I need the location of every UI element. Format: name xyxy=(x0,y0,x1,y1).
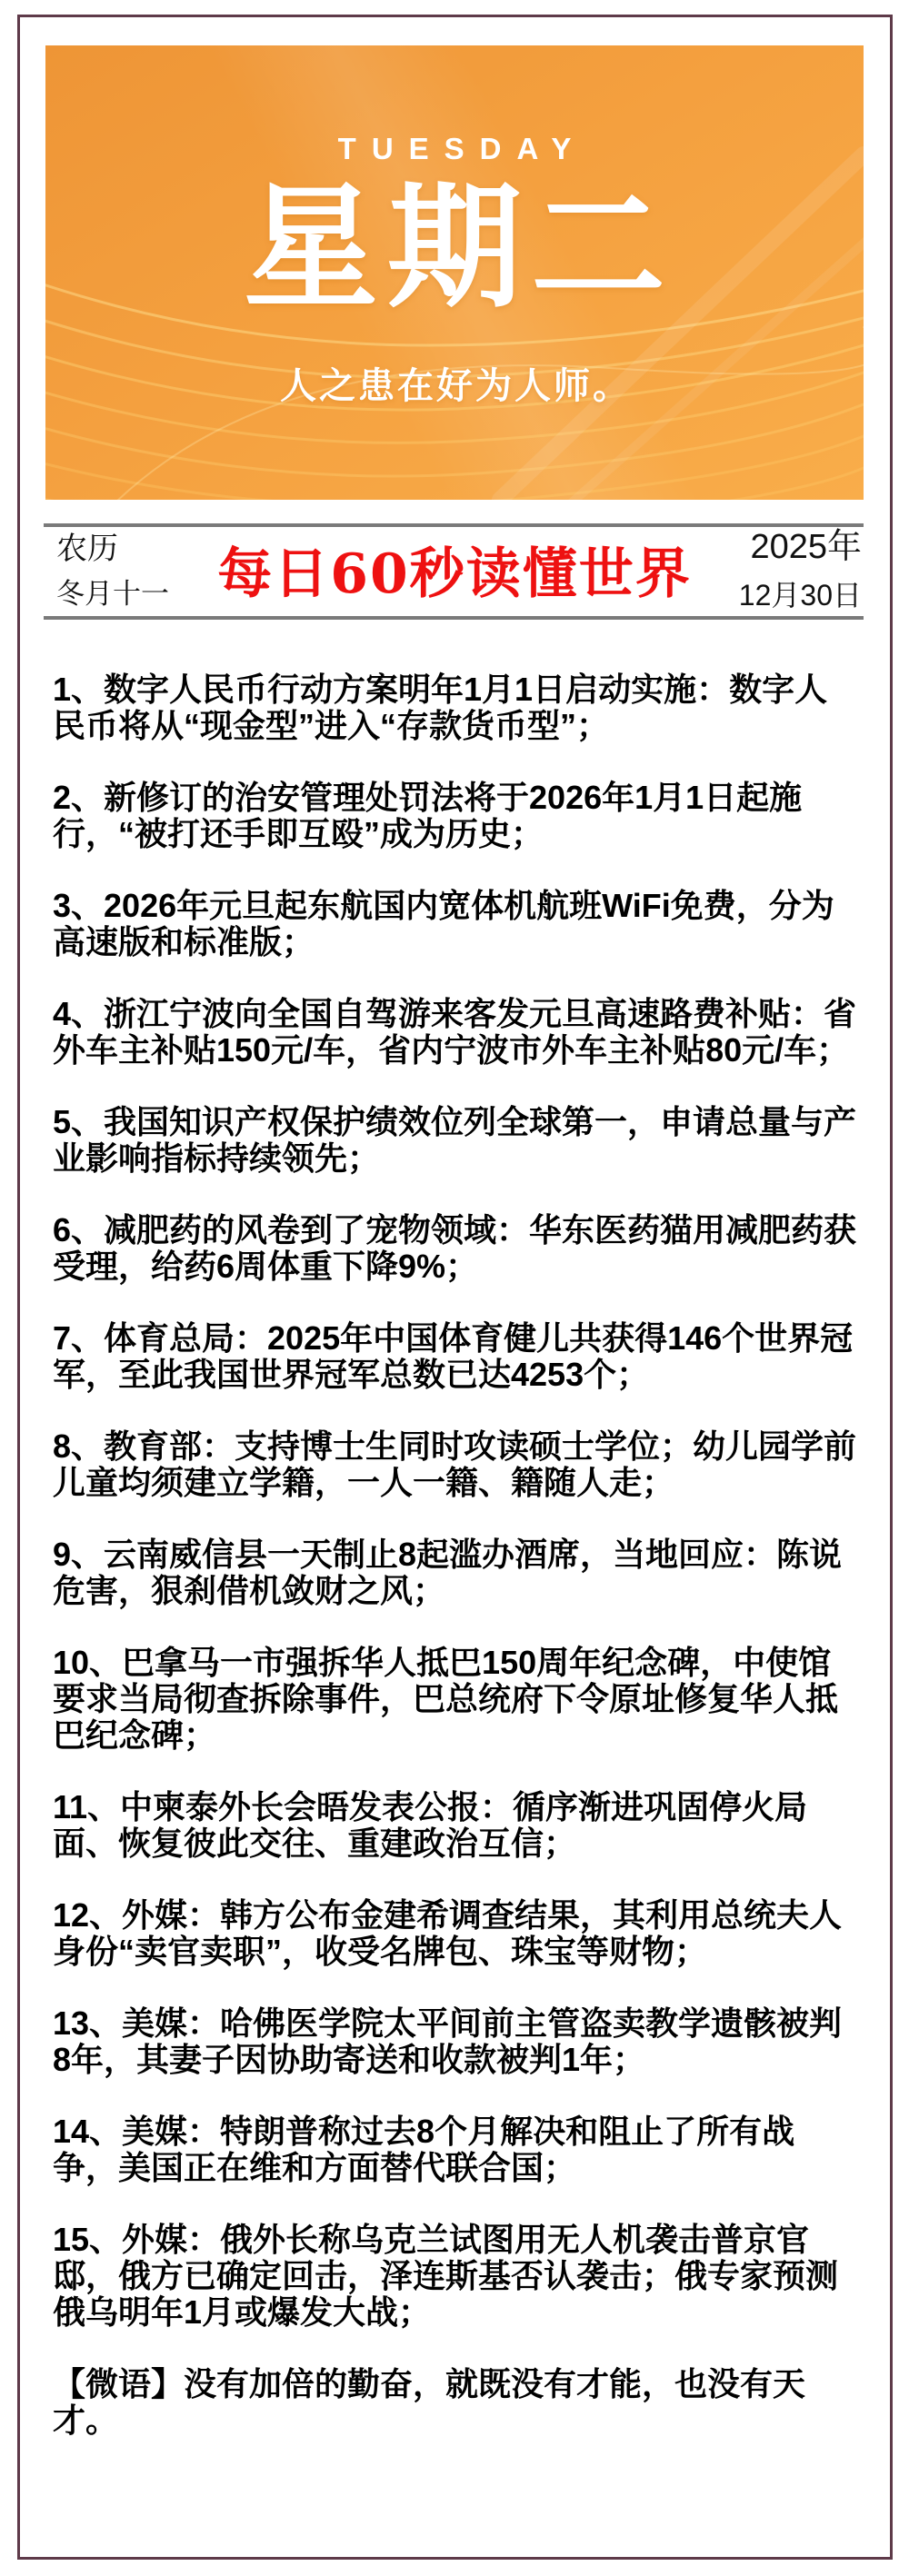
divider-top xyxy=(44,523,864,527)
news-item-13: 13、美媒：哈佛医学院太平间前主管盗卖教学遗骸被判8年，其妻子因协助寄送和收款被… xyxy=(53,2005,860,2078)
news-list: 1、数字人民币行动方案明年1月1日启动实施：数字人民币将从“现金型”进入“存款货… xyxy=(53,671,860,2439)
year-label: 2025年 xyxy=(750,527,862,567)
news-item-12: 12、外媒：韩方公布金建希调查结果，其利用总统夫人身份“卖官卖职”，收受名牌包、… xyxy=(53,1897,860,1970)
date-label: 12月30日 xyxy=(739,578,862,612)
news-item-6: 6、减肥药的风卷到了宠物领域：华东医药猫用减肥药获受理，给药6周体重下降9%； xyxy=(53,1212,860,1285)
weekday-banner: TUESDAY 星期二 人之患在好为人师。 xyxy=(45,45,864,500)
lunar-date: 冬月十一 xyxy=(56,578,169,611)
news-item-10: 10、巴拿马一市强拆华人抵巴150周年纪念碑，中使馆要求当局彻查拆除事件，巴总统… xyxy=(53,1645,860,1754)
news-item-5: 5、我国知识产权保护绩效位列全球第一，申请总量与产业影响指标持续领先； xyxy=(53,1104,860,1177)
news-item-7: 7、体育总局：2025年中国体育健儿共获得146个世界冠军，至此我国世界冠军总数… xyxy=(53,1320,860,1393)
page-title: 每日60秒读懂世界 xyxy=(217,543,692,605)
divider-bottom xyxy=(44,616,864,620)
news-item-3: 3、2026年元旦起东航国内宽体机航班WiFi免费，分为高速版和标准版； xyxy=(53,888,860,960)
banner-quote: 人之患在好为人师。 xyxy=(45,365,864,407)
lunar-calendar-label: 农历 xyxy=(56,531,118,567)
news-item-4: 4、浙江宁波向全国自驾游来客发元旦高速路费补贴：省外车主补贴150元/车，省内宁… xyxy=(53,996,860,1069)
news-item-1: 1、数字人民币行动方案明年1月1日启动实施：数字人民币将从“现金型”进入“存款货… xyxy=(53,671,860,744)
news-item-11: 11、中柬泰外长会晤发表公报：循序渐进巩固停火局面、恢复彼此交往、重建政治互信； xyxy=(53,1789,860,1862)
news-item-8: 8、教育部：支持博士生同时攻读硕士学位；幼儿园学前儿童均须建立学籍，一人一籍、籍… xyxy=(53,1428,860,1501)
news-item-14: 14、美媒：特朗普称过去8个月解决和阻止了所有战争，美国正在维和方面替代联合国； xyxy=(53,2114,860,2186)
news-item-2: 2、新修订的治安管理处罚法将于2026年1月1日起施行，“被打还手即互殴”成为历… xyxy=(53,780,860,852)
weekday-chinese-title: 星期二 xyxy=(45,174,864,320)
news-item-15: 15、外媒：俄外长称乌克兰试图用无人机袭击普京官邸，俄方已确定回击，泽连斯基否认… xyxy=(53,2222,860,2331)
weiyu-footer-quote: 【微语】没有加倍的勤奋，就既没有才能，也没有天才。 xyxy=(53,2366,860,2439)
weekday-english-label: TUESDAY xyxy=(45,133,864,165)
news-item-9: 9、云南威信县一天制止8起滥办酒席，当地回应：陈说危害，狠刹借机敛财之风； xyxy=(53,1537,860,1609)
